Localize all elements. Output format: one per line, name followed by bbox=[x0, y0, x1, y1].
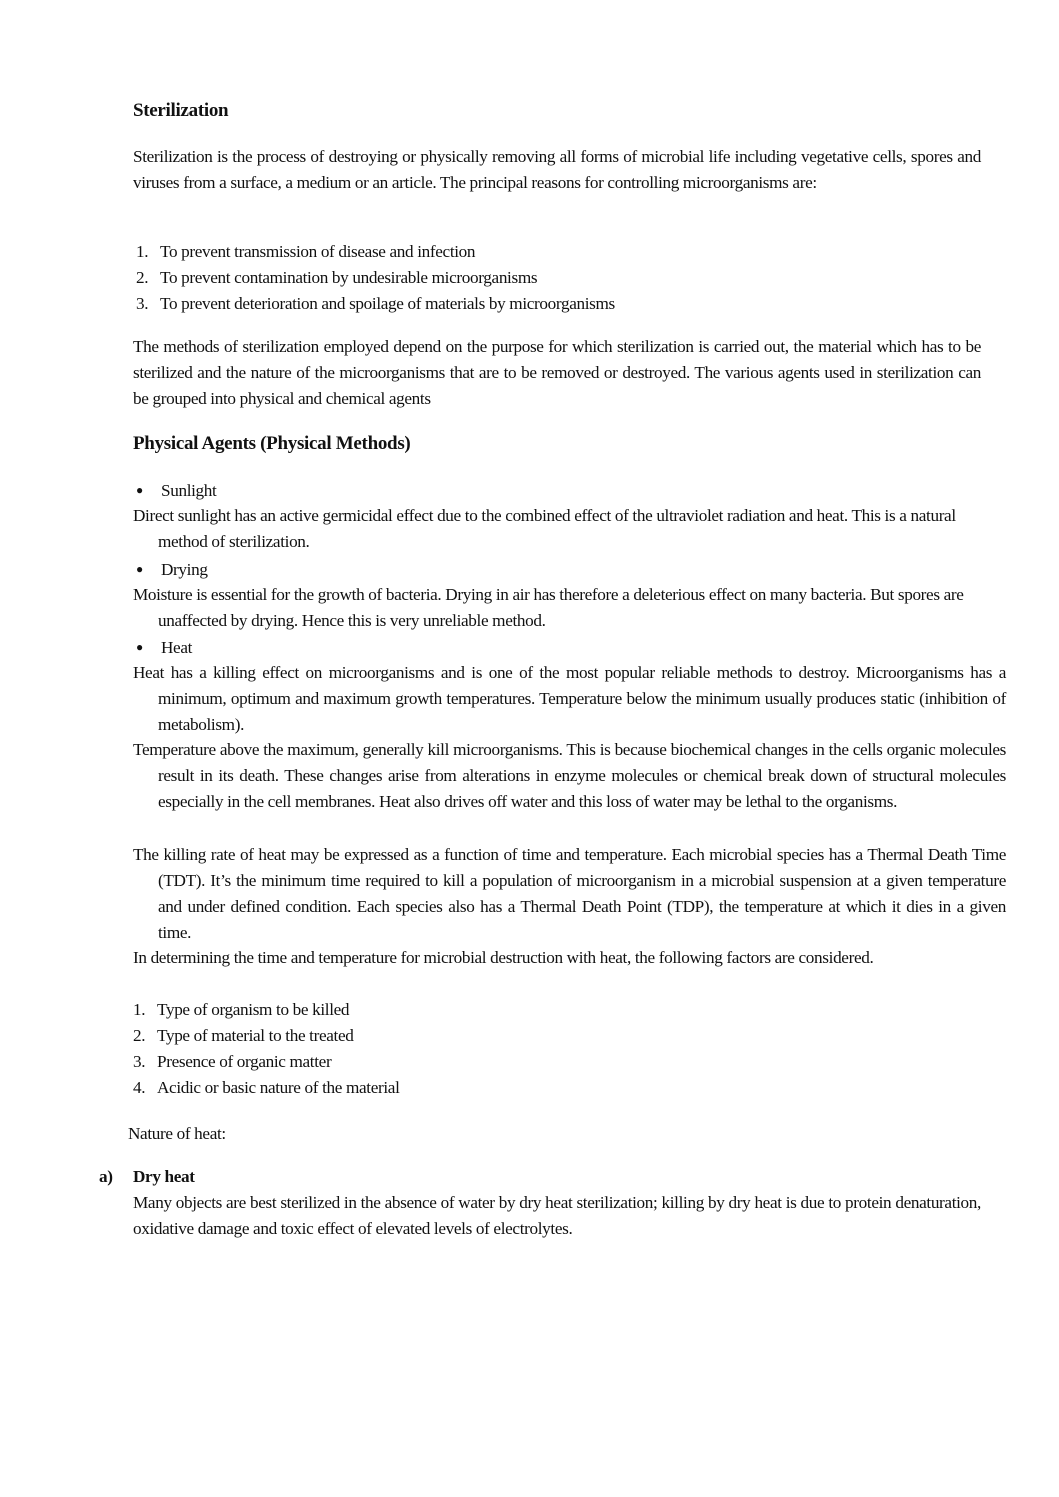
factor-item: 3.Presence of organic matter bbox=[133, 1049, 331, 1075]
factor-item: 2.Type of material to the treated bbox=[133, 1023, 354, 1049]
reason-item: 1.To prevent transmission of disease and… bbox=[136, 239, 475, 265]
heat-paragraph-3: The killing rate of heat may be expresse… bbox=[133, 842, 1006, 946]
bullet-icon: ● bbox=[136, 477, 161, 503]
factor-item: 1.Type of organism to be killed bbox=[133, 997, 349, 1023]
drying-paragraph: Moisture is essential for the growth of … bbox=[133, 582, 978, 634]
document-page: Sterilization Sterilization is the proce… bbox=[0, 0, 1059, 1497]
intro-paragraph: Sterilization is the process of destroyi… bbox=[133, 144, 981, 196]
dry-heat-paragraph: Many objects are best sterilized in the … bbox=[133, 1190, 981, 1242]
factor-item: 4.Acidic or basic nature of the material bbox=[133, 1075, 400, 1101]
sunlight-paragraph: Direct sunlight has an active germicidal… bbox=[133, 503, 988, 555]
bullet-sunlight: ●Sunlight bbox=[136, 477, 216, 504]
heat-paragraph-2: Temperature above the maximum, generally… bbox=[133, 737, 1006, 815]
bullet-heat: ●Heat bbox=[136, 634, 192, 661]
nature-of-heat-label: Nature of heat: bbox=[128, 1121, 226, 1147]
heat-paragraph-1: Heat has a killing effect on microorgani… bbox=[133, 660, 1006, 738]
bullet-drying: ●Drying bbox=[136, 556, 208, 583]
methods-paragraph: The methods of sterilization employed de… bbox=[133, 334, 981, 412]
reason-item: 3.To prevent deterioration and spoilage … bbox=[136, 291, 615, 317]
reason-item: 2.To prevent contamination by undesirabl… bbox=[136, 265, 537, 291]
bullet-icon: ● bbox=[136, 634, 161, 660]
page-title: Sterilization bbox=[133, 100, 228, 122]
dry-heat-heading: a)Dry heat bbox=[99, 1164, 195, 1190]
bullet-icon: ● bbox=[136, 556, 161, 582]
heat-paragraph-4: In determining the time and temperature … bbox=[133, 945, 1006, 971]
section-heading-physical-agents: Physical Agents (Physical Methods) bbox=[133, 433, 410, 455]
